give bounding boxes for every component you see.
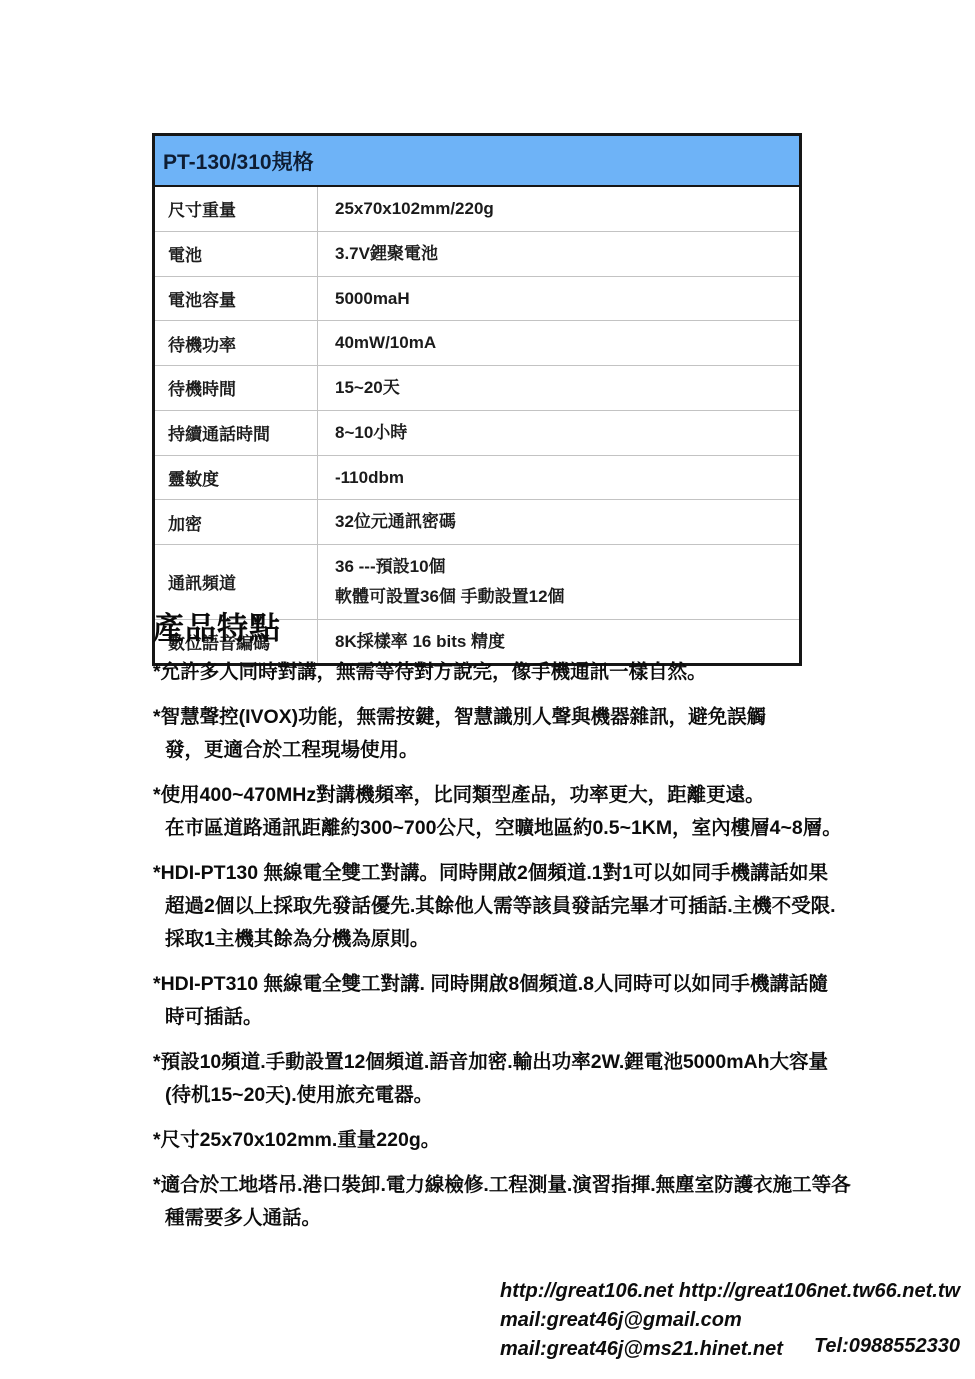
spec-label: 加密 — [155, 500, 318, 544]
spec-label: 持續通話時間 — [155, 411, 318, 455]
feature-item: *適合於工地塔吊.港口裝卸.電力線檢修.工程測量.演習指揮.無塵室防護衣施工等各… — [153, 1169, 895, 1235]
feature-item: *智慧聲控(IVOX)功能，無需按鍵，智慧識別人聲與機器雜訊，避免誤觸 發，更適… — [153, 701, 895, 767]
spec-label: 靈敏度 — [155, 456, 318, 500]
spec-label: 尺寸重量 — [155, 187, 318, 231]
website-urls: http://great106.net http://great106net.t… — [500, 1277, 960, 1306]
table-row: 尺寸重量 25x70x102mm/220g — [155, 187, 799, 232]
spec-value: 32位元通訊密碼 — [318, 500, 799, 544]
contact-footer: http://great106.net http://great106net.t… — [500, 1277, 960, 1364]
feature-item: *使用400~470MHz對講機頻率，比同類型產品，功率更大，距離更遠。 在市區… — [153, 779, 895, 845]
table-row: 加密 32位元通訊密碼 — [155, 500, 799, 545]
spec-value: 15~20天 — [318, 366, 799, 410]
phone-number: Tel:0988552330 — [814, 1332, 960, 1361]
feature-item: *尺寸25x70x102mm.重量220g。 — [153, 1124, 895, 1157]
table-row: 靈敏度 -110dbm — [155, 456, 799, 501]
feature-item: *HDI-PT130 無線電全雙工對講。同時開啟2個頻道.1對1可以如同手機講話… — [153, 857, 895, 956]
spec-label: 待機功率 — [155, 321, 318, 365]
table-row: 待機時間 15~20天 — [155, 366, 799, 411]
email-tel-line: mail:great46j@ms21.hinet.net Tel:0988552… — [500, 1335, 960, 1364]
spec-value: 8~10小時 — [318, 411, 799, 455]
spec-value: 36 ---預設10個 軟體可設置36個 手動設置12個 — [318, 545, 799, 619]
spec-value: 5000maH — [318, 277, 799, 321]
spec-value: -110dbm — [318, 456, 799, 500]
spec-label: 電池 — [155, 232, 318, 276]
table-row: 持續通話時間 8~10小時 — [155, 411, 799, 456]
spec-value: 3.7V鋰聚電池 — [318, 232, 799, 276]
spec-table-title: PT-130/310規格 — [155, 136, 799, 187]
spec-label: 電池容量 — [155, 277, 318, 321]
spec-table: PT-130/310規格 尺寸重量 25x70x102mm/220g 電池 3.… — [152, 133, 802, 666]
spec-value: 25x70x102mm/220g — [318, 187, 799, 231]
table-row: 待機功率 40mW/10mA — [155, 321, 799, 366]
features-list: *允許多人同時對講，無需等待對方說完，像手機通訊一樣自然。 *智慧聲控(IVOX… — [153, 656, 895, 1247]
email-hinet: mail:great46j@ms21.hinet.net — [500, 1335, 783, 1364]
features-title: 產品特點 — [153, 603, 281, 648]
table-row: 電池容量 5000maH — [155, 277, 799, 322]
email-gmail: mail:great46j@gmail.com — [500, 1306, 960, 1335]
spec-table-body: 尺寸重量 25x70x102mm/220g 電池 3.7V鋰聚電池 電池容量 5… — [155, 187, 799, 663]
table-row: 電池 3.7V鋰聚電池 — [155, 232, 799, 277]
feature-item: *預設10頻道.手動設置12個頻道.語音加密.輸出功率2W.鋰電池5000mAh… — [153, 1046, 895, 1112]
spec-value: 40mW/10mA — [318, 321, 799, 365]
spec-label: 待機時間 — [155, 366, 318, 410]
feature-item: *允許多人同時對講，無需等待對方說完，像手機通訊一樣自然。 — [153, 656, 895, 689]
feature-item: *HDI-PT310 無線電全雙工對講. 同時開啟8個頻道.8人同時可以如同手機… — [153, 968, 895, 1034]
